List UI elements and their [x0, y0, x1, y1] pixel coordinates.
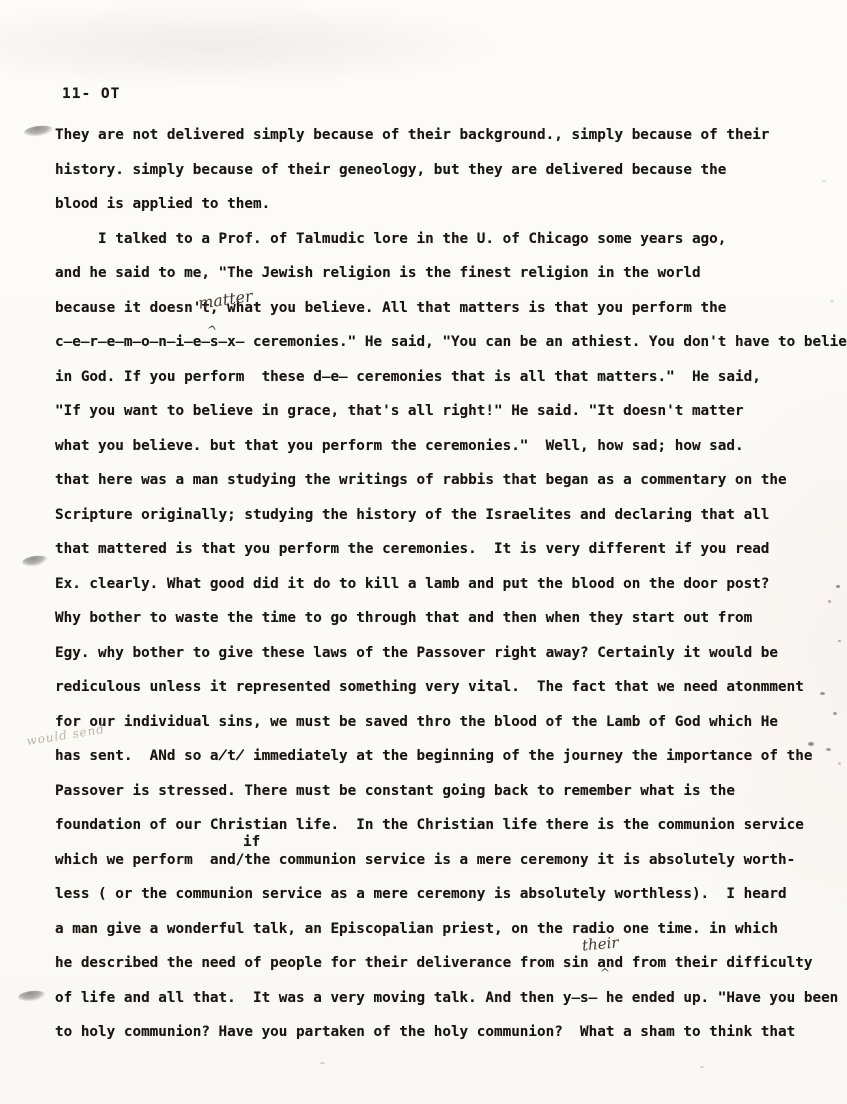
ink-speck: [838, 640, 841, 642]
typed-line: blood is applied to them.: [55, 187, 825, 222]
typed-line: and he said to me, "The Jewish religion …: [55, 256, 825, 291]
typed-line: in God. If you perform these d̶e̶ ceremo…: [55, 360, 825, 395]
typed-line: to holy communion? Have you partaken of …: [55, 1015, 825, 1050]
typed-line: a man give a wonderful talk, an Episcopa…: [55, 912, 825, 947]
typed-line: Ex. clearly. What good did it do to kill…: [55, 567, 825, 602]
page-number-header: 11- OT: [62, 86, 120, 102]
insertion-caret: ^: [600, 966, 610, 980]
typed-line: for our individual sins, we must be save…: [55, 705, 825, 740]
ink-speck: [826, 748, 831, 751]
typed-line: which we perform and/the communion servi…: [55, 843, 825, 878]
typed-line: Why bother to waste the time to go throu…: [55, 601, 825, 636]
ink-speck: [828, 600, 831, 603]
ink-speck: [822, 180, 826, 182]
typed-line: rediculous unless it represented somethi…: [55, 670, 825, 705]
typed-line: has sent. ANd so a̸t̸ immediately at the…: [55, 739, 825, 774]
typed-line: Egy. why bother to give these laws of th…: [55, 636, 825, 671]
typed-line: They are not delivered simply because of…: [55, 118, 825, 153]
typed-line: that here was a man studying the writing…: [55, 463, 825, 498]
typed-line: because it doesn't, what you believe. Al…: [55, 291, 825, 326]
typed-line: foundation of our Christian life. In the…: [55, 808, 825, 843]
typed-line: Passover is stressed. There must be cons…: [55, 774, 825, 809]
ink-speck: [836, 585, 840, 588]
ink-speck: [820, 692, 825, 695]
typed-line: of life and all that. It was a very movi…: [55, 981, 825, 1016]
typed-interlinear-if: if: [243, 834, 260, 850]
typed-lines: They are not delivered simply because of…: [55, 118, 825, 1050]
typed-line: I talked to a Prof. of Talmudic lore in …: [55, 222, 825, 257]
scan-smudge: [18, 990, 47, 1003]
ink-speck: [320, 1062, 325, 1064]
typed-line: he described the need of people for thei…: [55, 946, 825, 981]
typed-line: history. simply because of their geneolo…: [55, 153, 825, 188]
ink-speck: [838, 762, 841, 765]
ink-speck: [830, 300, 834, 302]
typed-line: Scripture originally; studying the histo…: [55, 498, 825, 533]
scanned-page: 11- OT They are not delivered simply bec…: [0, 0, 847, 1104]
ink-speck: [700, 1066, 704, 1068]
ink-speck: [833, 712, 837, 715]
typed-line: less ( or the communion service as a mer…: [55, 877, 825, 912]
typed-line: c̶e̶r̶e̶m̶o̶n̶i̶e̶s̶x̶ ceremonies." He s…: [55, 325, 825, 360]
scan-smudge: [21, 554, 48, 568]
typed-line: what you believe. but that you perform t…: [55, 429, 825, 464]
scan-smudge: [24, 124, 55, 137]
typed-line: that mattered is that you perform the ce…: [55, 532, 825, 567]
handwritten-insertion-their: their: [581, 933, 619, 954]
typed-line: "If you want to believe in grace, that's…: [55, 394, 825, 429]
ink-speck: [808, 742, 814, 746]
